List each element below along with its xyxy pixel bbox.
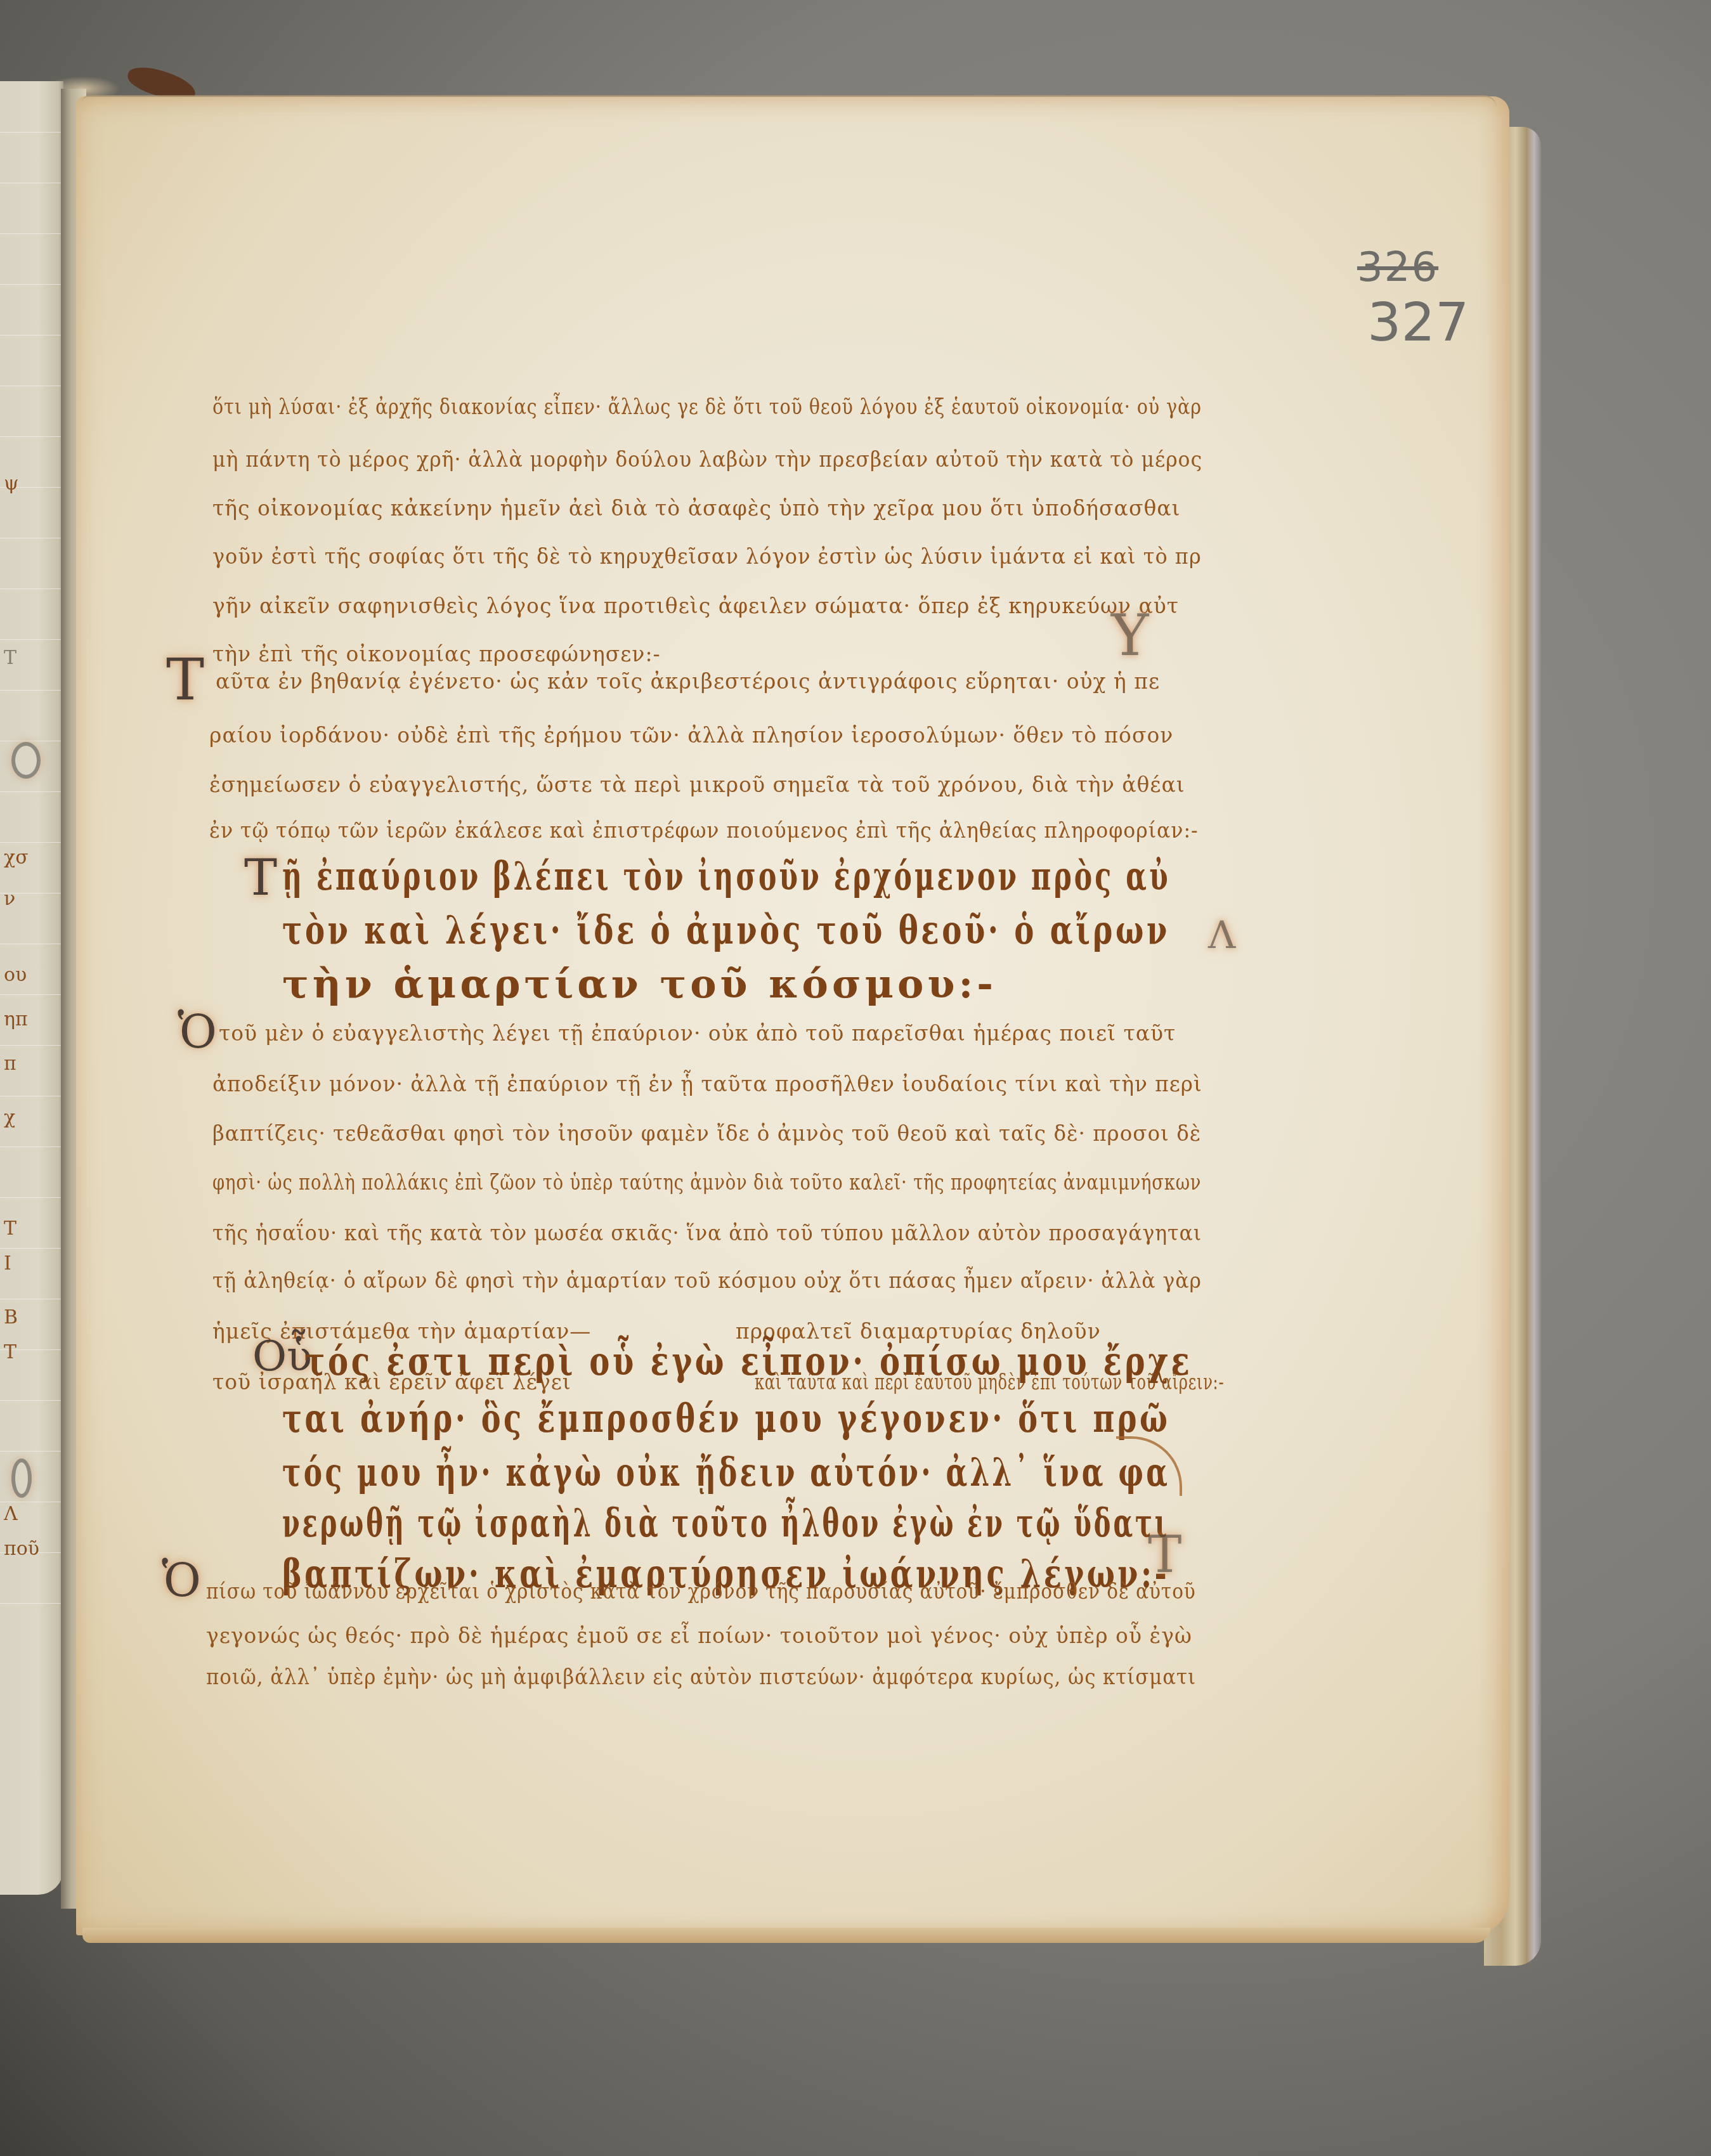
initial-omicron-upsilon: Οὗ — [252, 1332, 312, 1380]
text-line: γεγονώς ὡς θεός· πρὸ δὲ ἡμέρας ἐμοῦ σε ε… — [206, 1623, 1192, 1648]
left-facing-page — [0, 81, 63, 1895]
leaf-bottom-edge — [82, 1928, 1490, 1943]
text-line: τῆς οἰκονομίας κἀκείνην ἡμεῖν ἀεὶ διὰ τὸ… — [212, 496, 1181, 521]
lemma-line: τὸν καὶ λέγει· ἴδε ὁ ἀμνὸς τοῦ θεοῦ· ὁ α… — [282, 907, 1170, 953]
left-margin-note: ν — [4, 888, 15, 910]
left-margin-note: ψ — [4, 472, 19, 495]
folio-number-current: 327 — [1367, 295, 1469, 349]
left-margin-initial: Τ — [4, 647, 16, 669]
text-line: γῆν αἰκεῖν σαφηνισθεὶς λόγος ἵνα προτιθε… — [212, 594, 1179, 618]
initial-tau: Τ — [244, 850, 277, 907]
left-margin-note: Ι — [4, 1252, 11, 1275]
folio-number: 326 327 — [1357, 247, 1469, 349]
left-margin-note: ηπ — [4, 1008, 28, 1030]
left-margin-note: Λ — [4, 1503, 18, 1525]
text-line: τῇ ἀληθείᾳ· ὁ αἴρων δὲ φησὶ τὴν ἁμαρτίαν… — [212, 1268, 1202, 1293]
left-margin-initial-o — [11, 742, 41, 779]
folio-number-struck: 326 — [1357, 247, 1469, 288]
manuscript-leaf — [76, 96, 1509, 1935]
left-margin-note: χ — [4, 1107, 15, 1129]
text-line: γοῦν ἐστὶ τῆς σοφίας ὅτι τῆς δὲ τὸ κηρυχ… — [212, 544, 1202, 569]
text-line: αῦτα ἐν βηθανίᾳ ἐγένετο· ὡς κἀν τοῖς ἀκρ… — [216, 669, 1160, 694]
left-margin-note: π — [4, 1053, 16, 1075]
text-line: ὅτι μὴ λύσαι· ἐξ ἀρχῆς διακονίας εἶπεν· … — [212, 394, 1202, 419]
text-line: τὴν ἐπὶ τῆς οἰκονομίας προσεφώνησεν:- — [212, 642, 661, 666]
leaf-top-edge — [82, 95, 1497, 110]
text-line: ραίου ἰορδάνου· οὐδὲ ἐπὶ τῆς ἐρήμου τῶν·… — [209, 723, 1173, 748]
initial-omicron: Ὁ — [178, 1005, 217, 1058]
margin-initial-lambda: Λ — [1208, 913, 1235, 958]
left-margin-note: Τ — [4, 1341, 16, 1363]
lemma-line: τός μου ἦν· κἀγὼ οὐκ ᾔδειν αὐτόν· ἀλλ᾽ ἵ… — [282, 1449, 1170, 1495]
text-line: ἐν τῷ τόπῳ τῶν ἱερῶν ἐκάλεσε καὶ ἐπιστρέ… — [209, 818, 1199, 843]
margin-initial-upsilon: Υ — [1111, 602, 1148, 669]
lemma-line: τός ἐστι περὶ οὗ ἐγὼ εἶπον· ὀπίσω μου ἔρ… — [304, 1338, 1192, 1384]
text-line: βαπτίζεις· τεθεᾶσθαι φησὶ τὸν ἰησοῦν φαμ… — [212, 1121, 1201, 1146]
left-margin-initial-o — [11, 1458, 32, 1498]
left-margin-note: χσ — [4, 847, 29, 869]
text-line: ποιῶ, ἀλλ᾽ ὑπὲρ ἐμὴν· ὡς μὴ ἀμφιβάλλειν … — [206, 1665, 1196, 1689]
left-margin-note: Β — [4, 1306, 18, 1328]
lemma-line: τὴν ἁμαρτίαν τοῦ κόσμου:- — [282, 961, 997, 1007]
text-line: τῆς ἡσαΐου· καὶ τῆς κατὰ τὸν μωσέα σκιᾶς… — [212, 1221, 1202, 1245]
lemma-line: ῇ ἐπαύριον βλέπει τὸν ἰησοῦν ἐρχόμενον π… — [282, 853, 1171, 899]
text-line: ἐσημείωσεν ὁ εὐαγγελιστής, ὥστε τὰ περὶ … — [209, 772, 1185, 797]
margin-initial-tau: Τ — [1148, 1525, 1181, 1584]
text-line: μὴ πάντη τὸ μέρος χρῆ· ἀλλὰ μορφὴν δούλο… — [212, 447, 1202, 472]
text-line: φησὶ· ὡς πολλὴ πολλάκις ἐπὶ ζῶον τὸ ὑπὲρ… — [212, 1170, 1201, 1195]
text-line: πίσω τοῦ ἰωάννου ἐρχεῖται ὁ χριστὸς κατὰ… — [206, 1579, 1196, 1604]
text-line: τοῦ μὲν ὁ εὐαγγελιστὴς λέγει τῇ ἐπαύριον… — [219, 1021, 1176, 1046]
left-margin-note: ποῦ — [4, 1538, 39, 1560]
initial-tau: Τ — [166, 647, 204, 713]
text-line: ἀποδείξιν μόνον· ἀλλὰ τῇ ἐπαύριον τῇ ἐν … — [212, 1072, 1202, 1096]
left-margin-note: ου — [4, 964, 27, 986]
lemma-line: νερωθῇ τῷ ἰσραὴλ διὰ τοῦτο ἦλθον ἐγὼ ἐν … — [282, 1500, 1169, 1546]
lemma-line: ται ἀνήρ· ὃς ἔμπροσθέν μου γέγονεν· ὅτι … — [282, 1395, 1170, 1441]
initial-omicron: Ὁ — [162, 1554, 201, 1607]
left-margin-note: Τ — [4, 1218, 16, 1240]
